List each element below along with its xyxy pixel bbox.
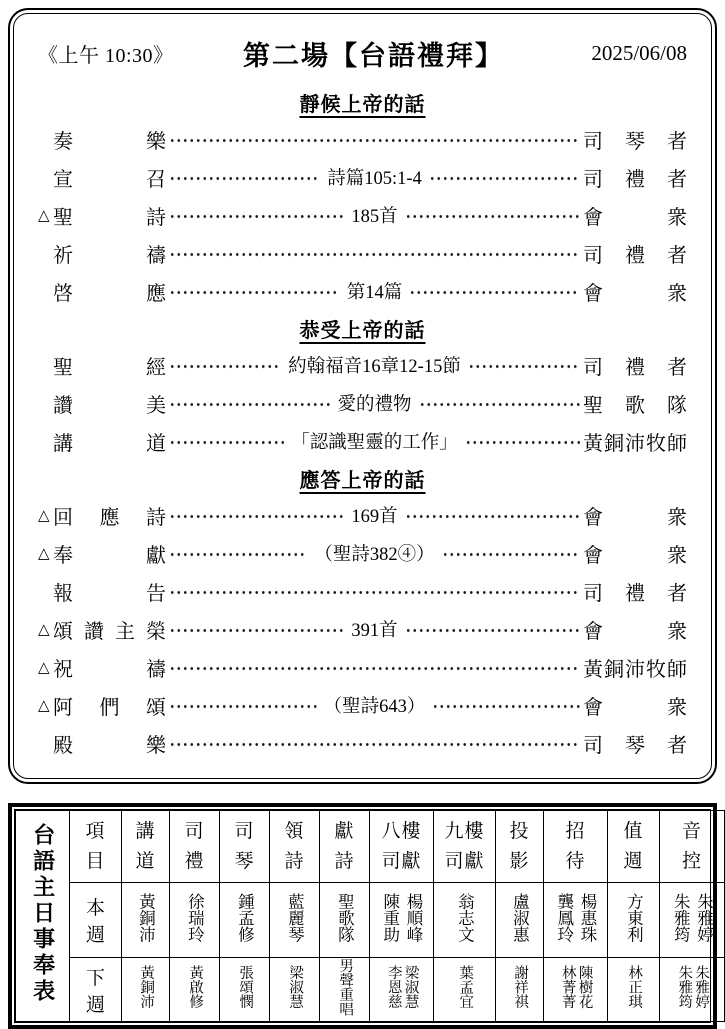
name-cell: 梁淑慧 [270, 958, 320, 1022]
item-label: 奏樂 [53, 125, 166, 154]
person-name: 陳樹花 [576, 965, 591, 1009]
person-name: 林正琪 [626, 965, 641, 1009]
person-name: 男聲重唱 [337, 958, 352, 1016]
name-cell: 鍾孟修 [220, 883, 270, 958]
item-left: △祝禱 [38, 653, 166, 682]
item-assignee: 會衆 [583, 201, 687, 230]
name-group: 梁淑慧 [285, 965, 303, 1009]
column-header-text: 項目 [70, 817, 121, 876]
item-center-text: 第14篇 [343, 278, 407, 304]
duty-table-title: 台語主日事奉表 [16, 811, 70, 1022]
column-header: 項目 [70, 811, 122, 883]
name-group: 徐瑞玲 [182, 893, 207, 943]
name-group: 楊惠珠龔鳳玲 [551, 893, 599, 943]
item-prefix-triangle: △ [38, 506, 53, 525]
column-header-text: 投影 [496, 817, 543, 876]
leader-dots [442, 544, 580, 564]
name-group: 葉孟宜 [455, 965, 473, 1009]
name-group: 男聲重唱 [335, 958, 353, 1016]
item-assignee: 司琴者 [583, 729, 687, 758]
item-center-text: 391首 [347, 616, 401, 642]
name-cell: 聖歌隊 [320, 883, 370, 958]
item-center-text: （聖詩643） [320, 692, 430, 718]
name-group: 方東利 [621, 893, 646, 943]
name-cell: 楊順峰陳重助 [370, 883, 434, 958]
item-center-text: 愛的禮物 [334, 390, 416, 416]
leader-dots [409, 282, 580, 302]
item-assignee: 司禮者 [583, 351, 687, 380]
item-prefix-triangle: △ [38, 620, 53, 639]
person-name: 陳重助 [379, 893, 401, 943]
person-name: 朱雅婷 [693, 965, 708, 1009]
item-assignee: 司禮者 [583, 577, 687, 606]
item-label: 講道 [53, 427, 166, 456]
leader-dots [429, 168, 580, 188]
column-header: 音控 [660, 811, 725, 883]
item-label: 聖經 [53, 351, 166, 380]
item-label: 啓應 [53, 277, 166, 306]
worship-order-box-inner: 《上午 10:30》 第二場【台語禮拜】 2025/06/08 靜候上帝的話奏樂… [13, 13, 712, 779]
leader-dots [405, 206, 580, 226]
person-name: 黃銅沛 [138, 965, 153, 1009]
worship-order-box: 《上午 10:30》 第二場【台語禮拜】 2025/06/08 靜候上帝的話奏樂… [8, 8, 717, 784]
item-label: 報告 [53, 577, 166, 606]
leader-dots [169, 734, 580, 754]
person-name: 盧淑惠 [509, 893, 531, 943]
person-name: 葉孟宜 [457, 965, 472, 1009]
column-header: 領詩 [270, 811, 320, 883]
item-label: 回應詩 [53, 501, 166, 530]
leader-dots [405, 620, 580, 640]
item-label: 宣召 [53, 163, 166, 192]
column-header-text: 招待 [544, 817, 607, 876]
column-header-text: 八樓司獻 [370, 817, 433, 876]
program-item: 祈禱司禮者 [38, 234, 687, 272]
leader-dots [169, 620, 344, 640]
person-name: 林菁菁 [559, 965, 574, 1009]
duty-table: 台語主日事奉表項目講道司禮司琴領詩獻詩八樓司獻九樓司獻投影招待值週音控本週黃銅沛… [8, 803, 717, 1029]
duty-header-row: 台語主日事奉表項目講道司禮司琴領詩獻詩八樓司獻九樓司獻投影招待值週音控 [16, 811, 725, 883]
column-header: 投影 [496, 811, 544, 883]
leader-dots [169, 282, 340, 302]
program-item: △回應詩169首會衆 [38, 496, 687, 534]
item-assignee: 黃銅沛牧師 [583, 427, 687, 456]
week-label-cell: 本週 [70, 883, 122, 958]
name-group: 黃銅沛 [136, 965, 154, 1009]
item-label: 讚美 [53, 389, 166, 418]
person-name: 龔鳳玲 [553, 893, 575, 943]
column-header-text: 九樓司獻 [434, 817, 495, 876]
item-center-text: 169首 [347, 502, 401, 528]
item-assignee: 會衆 [583, 277, 687, 306]
item-prefix-triangle: △ [38, 658, 53, 677]
column-header: 招待 [544, 811, 608, 883]
item-label: 阿們頌 [53, 691, 166, 720]
item-label: 祈禱 [53, 239, 166, 268]
program-item: 聖經約翰福音16章12-15節司禮者 [38, 346, 687, 384]
item-assignee: 會衆 [583, 501, 687, 530]
item-assignee: 司琴者 [583, 125, 687, 154]
item-center-text: （聖詩382④） [310, 540, 438, 566]
column-header-text: 音控 [660, 817, 724, 876]
person-name: 黃啟修 [187, 965, 202, 1009]
program-item: 宣召詩篇105:1-4司禮者 [38, 158, 687, 196]
leader-dots [169, 582, 580, 602]
leader-dots [169, 168, 320, 188]
section-heading-text: 應答上帝的話 [300, 464, 426, 493]
name-cell: 藍麗琴 [270, 883, 320, 958]
item-left: 殿樂 [38, 729, 166, 758]
item-left: △奉獻 [38, 539, 166, 568]
name-cell: 黃銅沛 [122, 958, 170, 1022]
name-cell: 徐瑞玲 [170, 883, 220, 958]
leader-dots [169, 506, 344, 526]
item-center-text: 詩篇105:1-4 [323, 164, 426, 190]
program-body: 靜候上帝的話奏樂司琴者宣召詩篇105:1-4司禮者△聖詩185首會衆祈禱司禮者啓… [38, 84, 687, 762]
column-header: 司禮 [170, 811, 220, 883]
program-item: △聖詩185首會衆 [38, 196, 687, 234]
person-name: 藍麗琴 [284, 893, 306, 943]
item-prefix-triangle: △ [38, 206, 53, 225]
name-cell: 葉孟宜 [434, 958, 496, 1022]
column-header-text: 講道 [122, 817, 169, 876]
person-name: 黃銅沛 [135, 893, 157, 943]
item-assignee: 會衆 [583, 539, 687, 568]
item-assignee: 司禮者 [583, 163, 687, 192]
person-name: 梁淑慧 [402, 965, 417, 1009]
item-left: △回應詩 [38, 501, 166, 530]
column-header-text: 值週 [608, 817, 659, 876]
person-name: 謝祥祺 [512, 965, 527, 1009]
leader-dots [169, 544, 307, 564]
item-center-text: 約翰福音16章12-15節 [284, 352, 465, 378]
week-label-cell: 下週 [70, 958, 122, 1022]
leader-dots [432, 696, 580, 716]
column-header: 獻詩 [320, 811, 370, 883]
item-left: 宣召 [38, 163, 166, 192]
name-cell: 梁淑慧李恩慈 [370, 958, 434, 1022]
name-cell: 黃啟修 [170, 958, 220, 1022]
name-cell: 張頌憫 [220, 958, 270, 1022]
program-item: △頌讚主榮391首會衆 [38, 610, 687, 648]
name-cell: 謝祥祺 [496, 958, 544, 1022]
column-header-text: 司禮 [170, 817, 219, 876]
person-name: 聖歌隊 [334, 893, 356, 943]
duty-roster-table: 台語主日事奉表項目講道司禮司琴領詩獻詩八樓司獻九樓司獻投影招待值週音控本週黃銅沛… [15, 810, 725, 1022]
item-assignee: 聖歌隊 [583, 389, 687, 418]
page-title: 第二場【台語禮拜】 [210, 34, 537, 73]
service-date: 2025/06/08 [537, 41, 687, 66]
name-group: 鍾孟修 [232, 893, 257, 943]
name-cell: 翁志文 [434, 883, 496, 958]
leader-dots [169, 432, 284, 452]
name-group: 藍麗琴 [282, 893, 307, 943]
item-left: 報告 [38, 577, 166, 606]
name-cell: 方東利 [608, 883, 660, 958]
section-heading-text: 靜候上帝的話 [300, 88, 426, 117]
leader-dots [169, 244, 580, 264]
name-group: 朱雅婷朱雅筠 [674, 965, 709, 1009]
section-heading: 應答上帝的話 [38, 460, 687, 496]
item-label: 頌讚主榮 [53, 615, 166, 644]
program-item: 報告司禮者 [38, 572, 687, 610]
leader-dots [169, 696, 317, 716]
leader-dots [169, 394, 331, 414]
person-name: 楊惠珠 [576, 893, 598, 943]
name-group: 盧淑惠 [507, 893, 532, 943]
leader-dots [169, 658, 580, 678]
person-name: 朱雅筠 [676, 965, 691, 1009]
program-item: 奏樂司琴者 [38, 120, 687, 158]
name-cell: 陳樹花林菁菁 [544, 958, 608, 1022]
item-label: 聖詩 [53, 201, 166, 230]
item-left: △頌讚主榮 [38, 615, 166, 644]
program-item: 讚美愛的禮物聖歌隊 [38, 384, 687, 422]
leader-dots [169, 130, 580, 150]
program-item: △阿們頌（聖詩643）會衆 [38, 686, 687, 724]
person-name: 楊順峰 [402, 893, 424, 943]
name-group: 謝祥祺 [510, 965, 528, 1009]
program-item: 啓應第14篇會衆 [38, 272, 687, 310]
name-group: 陳樹花林菁菁 [558, 965, 593, 1009]
name-group: 黃銅沛 [133, 893, 158, 943]
item-left: 奏樂 [38, 125, 166, 154]
item-prefix-triangle: △ [38, 544, 53, 563]
section-heading: 恭受上帝的話 [38, 310, 687, 346]
item-center-text: 「認識聖靈的工作」 [287, 428, 462, 454]
item-label: 奉獻 [53, 539, 166, 568]
item-left: △聖詩 [38, 201, 166, 230]
person-name: 李恩慈 [385, 965, 400, 1009]
leader-dots [405, 506, 580, 526]
service-time: 《上午 10:30》 [38, 39, 210, 68]
name-cell: 黃銅沛 [122, 883, 170, 958]
duty-table-title-text: 台語主日事奉表 [30, 823, 54, 1005]
person-name: 方東利 [623, 893, 645, 943]
item-center-text: 185首 [347, 202, 401, 228]
item-left: 祈禱 [38, 239, 166, 268]
column-header: 講道 [122, 811, 170, 883]
item-assignee: 會衆 [583, 615, 687, 644]
program-item: △祝禱黃銅沛牧師 [38, 648, 687, 686]
column-header-text: 獻詩 [320, 817, 369, 876]
item-left: 講道 [38, 427, 166, 456]
item-left: △阿們頌 [38, 691, 166, 720]
name-group: 楊順峰陳重助 [377, 893, 425, 943]
person-name: 翁志文 [454, 893, 476, 943]
name-group: 翁志文 [452, 893, 477, 943]
column-header-text: 領詩 [270, 817, 319, 876]
column-header: 八樓司獻 [370, 811, 434, 883]
column-header-text: 司琴 [220, 817, 269, 876]
leader-dots [465, 432, 580, 452]
item-assignee: 黃銅沛牧師 [583, 653, 687, 682]
name-cell: 男聲重唱 [320, 958, 370, 1022]
week-label: 下週 [70, 963, 121, 1017]
name-group: 梁淑慧李恩慈 [384, 965, 419, 1009]
duty-row: 本週黃銅沛徐瑞玲鍾孟修藍麗琴聖歌隊楊順峰陳重助翁志文盧淑惠楊惠珠龔鳳玲方東利朱雅… [16, 883, 725, 958]
item-assignee: 司禮者 [583, 239, 687, 268]
program-item: △奉獻（聖詩382④）會衆 [38, 534, 687, 572]
duty-row: 下週黃銅沛黃啟修張頌憫梁淑慧男聲重唱梁淑慧李恩慈葉孟宜謝祥祺陳樹花林菁菁林正琪朱… [16, 958, 725, 1022]
column-header: 司琴 [220, 811, 270, 883]
name-cell: 楊惠珠龔鳳玲 [544, 883, 608, 958]
item-left: 聖經 [38, 351, 166, 380]
item-left: 讚美 [38, 389, 166, 418]
week-label: 本週 [70, 893, 121, 947]
leader-dots [468, 356, 580, 376]
column-header: 九樓司獻 [434, 811, 496, 883]
name-group: 聖歌隊 [332, 893, 357, 943]
item-prefix-triangle: △ [38, 696, 53, 715]
leader-dots [169, 356, 281, 376]
name-cell: 朱雅婷朱雅筠 [660, 883, 725, 958]
person-name: 張頌憫 [237, 965, 252, 1009]
name-group: 黃啟修 [185, 965, 203, 1009]
item-label: 祝禱 [53, 653, 166, 682]
item-assignee: 會衆 [583, 691, 687, 720]
section-heading-text: 恭受上帝的話 [300, 314, 426, 343]
name-cell: 盧淑惠 [496, 883, 544, 958]
leader-dots [169, 206, 344, 226]
name-group: 張頌憫 [235, 965, 253, 1009]
leader-dots [419, 394, 581, 414]
item-label: 殿樂 [53, 729, 166, 758]
person-name: 鍾孟修 [234, 893, 256, 943]
program-item: 殿樂司琴者 [38, 724, 687, 762]
name-cell: 朱雅婷朱雅筠 [660, 958, 725, 1022]
section-heading: 靜候上帝的話 [38, 84, 687, 120]
item-left: 啓應 [38, 277, 166, 306]
person-name: 朱雅筠 [669, 893, 691, 943]
name-cell: 林正琪 [608, 958, 660, 1022]
name-group: 朱雅婷朱雅筠 [668, 893, 716, 943]
person-name: 徐瑞玲 [184, 893, 206, 943]
column-header: 值週 [608, 811, 660, 883]
program-item: 講道「認識聖靈的工作」黃銅沛牧師 [38, 422, 687, 460]
person-name: 梁淑慧 [287, 965, 302, 1009]
name-group: 林正琪 [624, 965, 642, 1009]
program-header: 《上午 10:30》 第二場【台語禮拜】 2025/06/08 [38, 30, 687, 76]
person-name: 朱雅婷 [693, 893, 715, 943]
